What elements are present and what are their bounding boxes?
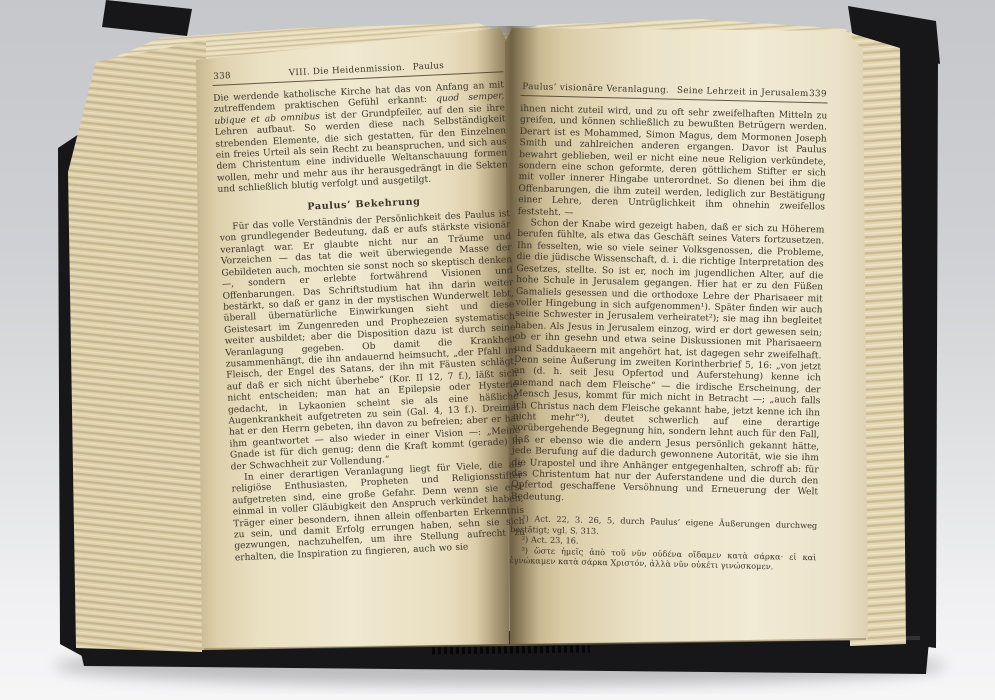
paragraph: In einer derartigen Veranlagung liegt fü… xyxy=(231,460,526,565)
footnotes: ¹) Act. 22, 3. 26, 5, durch Paulus’ eige… xyxy=(509,513,817,573)
paragraph: Die werdende katholische Kirche hat das … xyxy=(213,80,509,196)
page-edges-left xyxy=(68,40,206,652)
paragraph: Für das volle Verständnis der Persönlich… xyxy=(219,209,521,473)
left-page-number: 338 xyxy=(213,71,231,82)
left-page: 338 VIII. Die Heidenmission. Paulus Die … xyxy=(212,58,526,564)
paragraph: ihnen nicht zuteil wird, und zu oft sehr… xyxy=(518,104,828,226)
right-page-number: 339 xyxy=(809,89,827,99)
book-photograph: 338 VIII. Die Heidenmission. Paulus Die … xyxy=(0,0,995,700)
right-page: Paulus’ visionäre Veranlagung. Seine Leh… xyxy=(509,82,828,573)
left-page-body: Die werdende katholische Kirche hat das … xyxy=(213,80,526,564)
right-page-body: ihnen nicht zuteil wird, und zu oft sehr… xyxy=(511,104,828,511)
paragraph: Schon der Knabe wird gezeigt haben, daß … xyxy=(511,218,825,511)
